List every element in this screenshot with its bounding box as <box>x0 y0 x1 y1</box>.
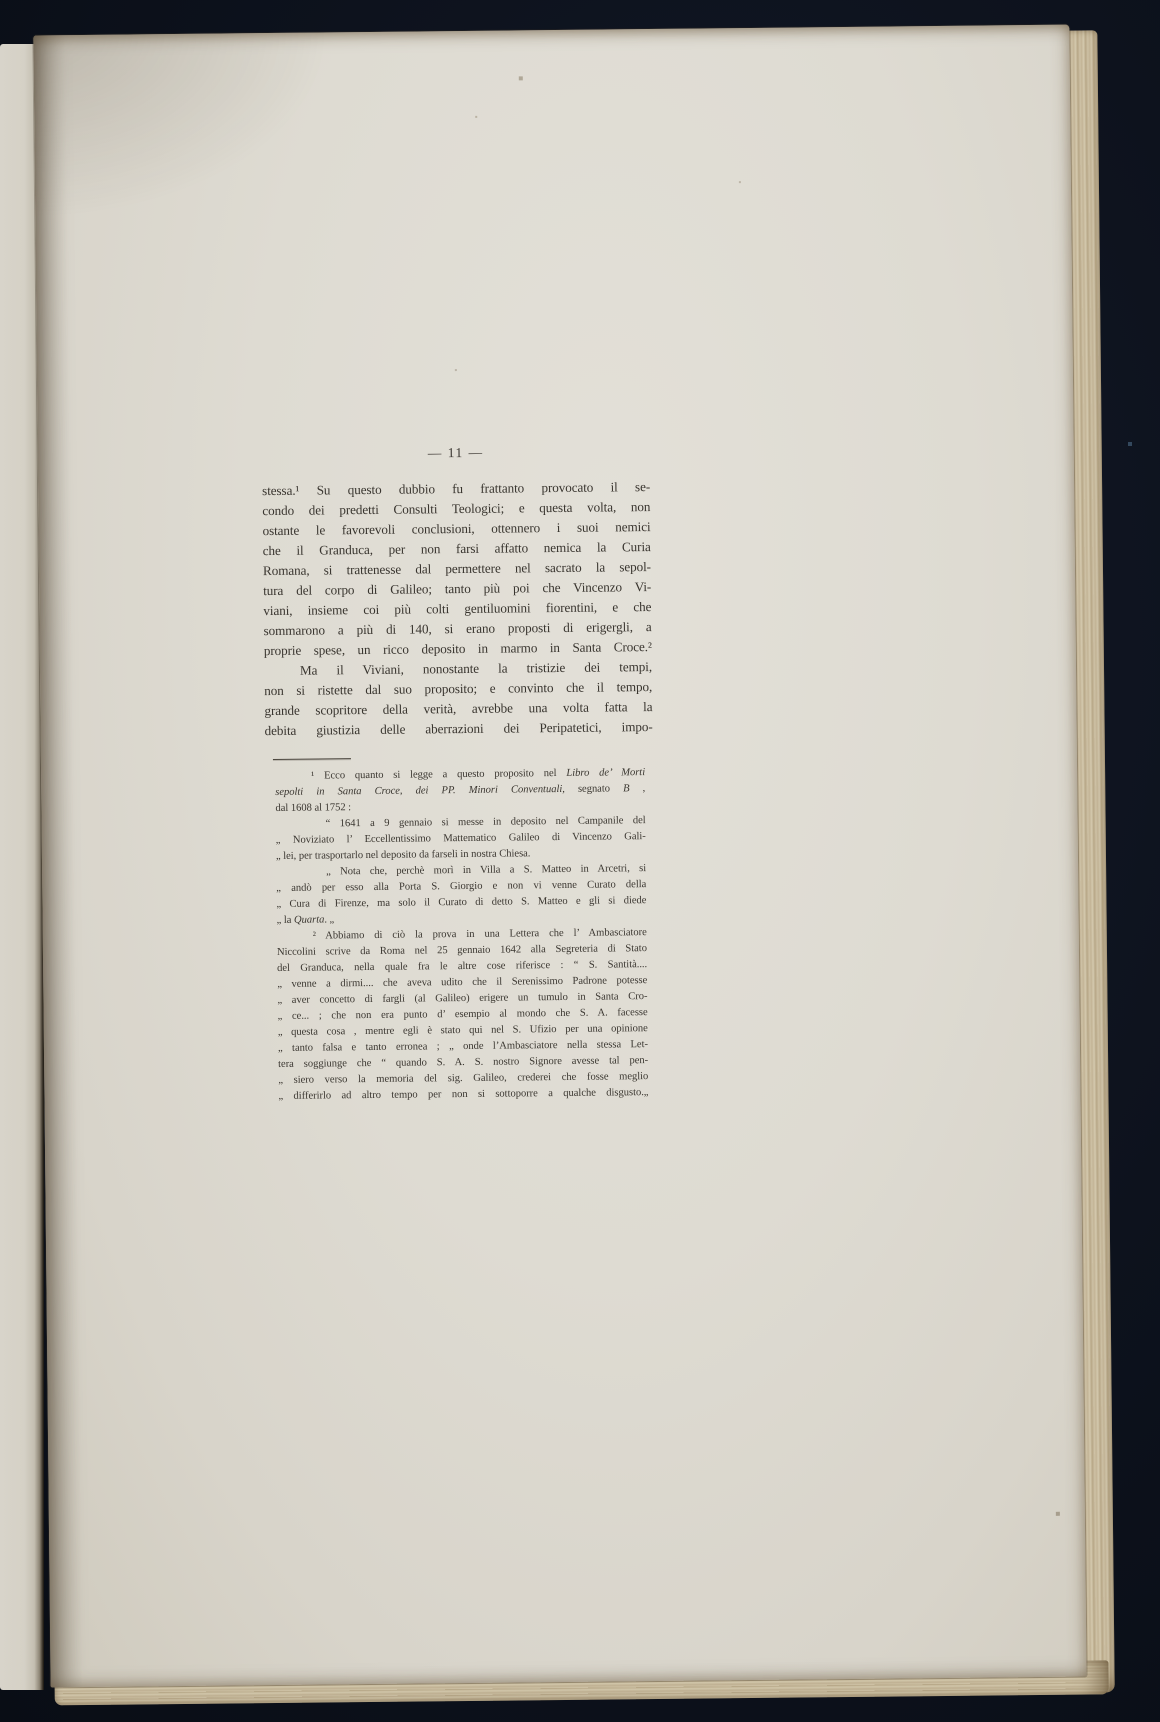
page-number: — 11 — <box>262 443 650 463</box>
footnote-separator <box>273 758 351 760</box>
paper-specks <box>33 35 35 37</box>
book-scan-photo: — 11 — stessa.¹ Su questo dubbio fu frat… <box>0 0 1160 1722</box>
footnotes: ¹ Ecco quanto si legge a questo proposit… <box>275 765 648 1105</box>
paragraph: Ma il Viviani, nonostante la tristizie d… <box>264 657 653 741</box>
text-line: „ differirlo ad altro tempo per non si s… <box>278 1085 648 1105</box>
background-speckles <box>0 0 2 2</box>
paragraph: „ Nota che, perchè morì in Villa a S. Ma… <box>276 861 647 929</box>
paragraph: ¹ Ecco quanto si legge a questo proposit… <box>275 765 645 817</box>
book-page: — 11 — stessa.¹ Su questo dubbio fu frat… <box>33 25 1086 1688</box>
text-line: debita giustizia delle aberrazioni dei P… <box>265 717 653 741</box>
paragraph: ² Abbiamo di ciò la prova in una Lettera… <box>277 925 649 1105</box>
paragraph: stessa.¹ Su questo dubbio fu frattanto p… <box>262 477 652 661</box>
main-text: stessa.¹ Su questo dubbio fu frattanto p… <box>262 477 653 741</box>
paragraph: “ 1641 a 9 gennaio si messe in deposito … <box>276 813 646 865</box>
book-block: — 11 — stessa.¹ Su questo dubbio fu frat… <box>0 0 1160 1722</box>
